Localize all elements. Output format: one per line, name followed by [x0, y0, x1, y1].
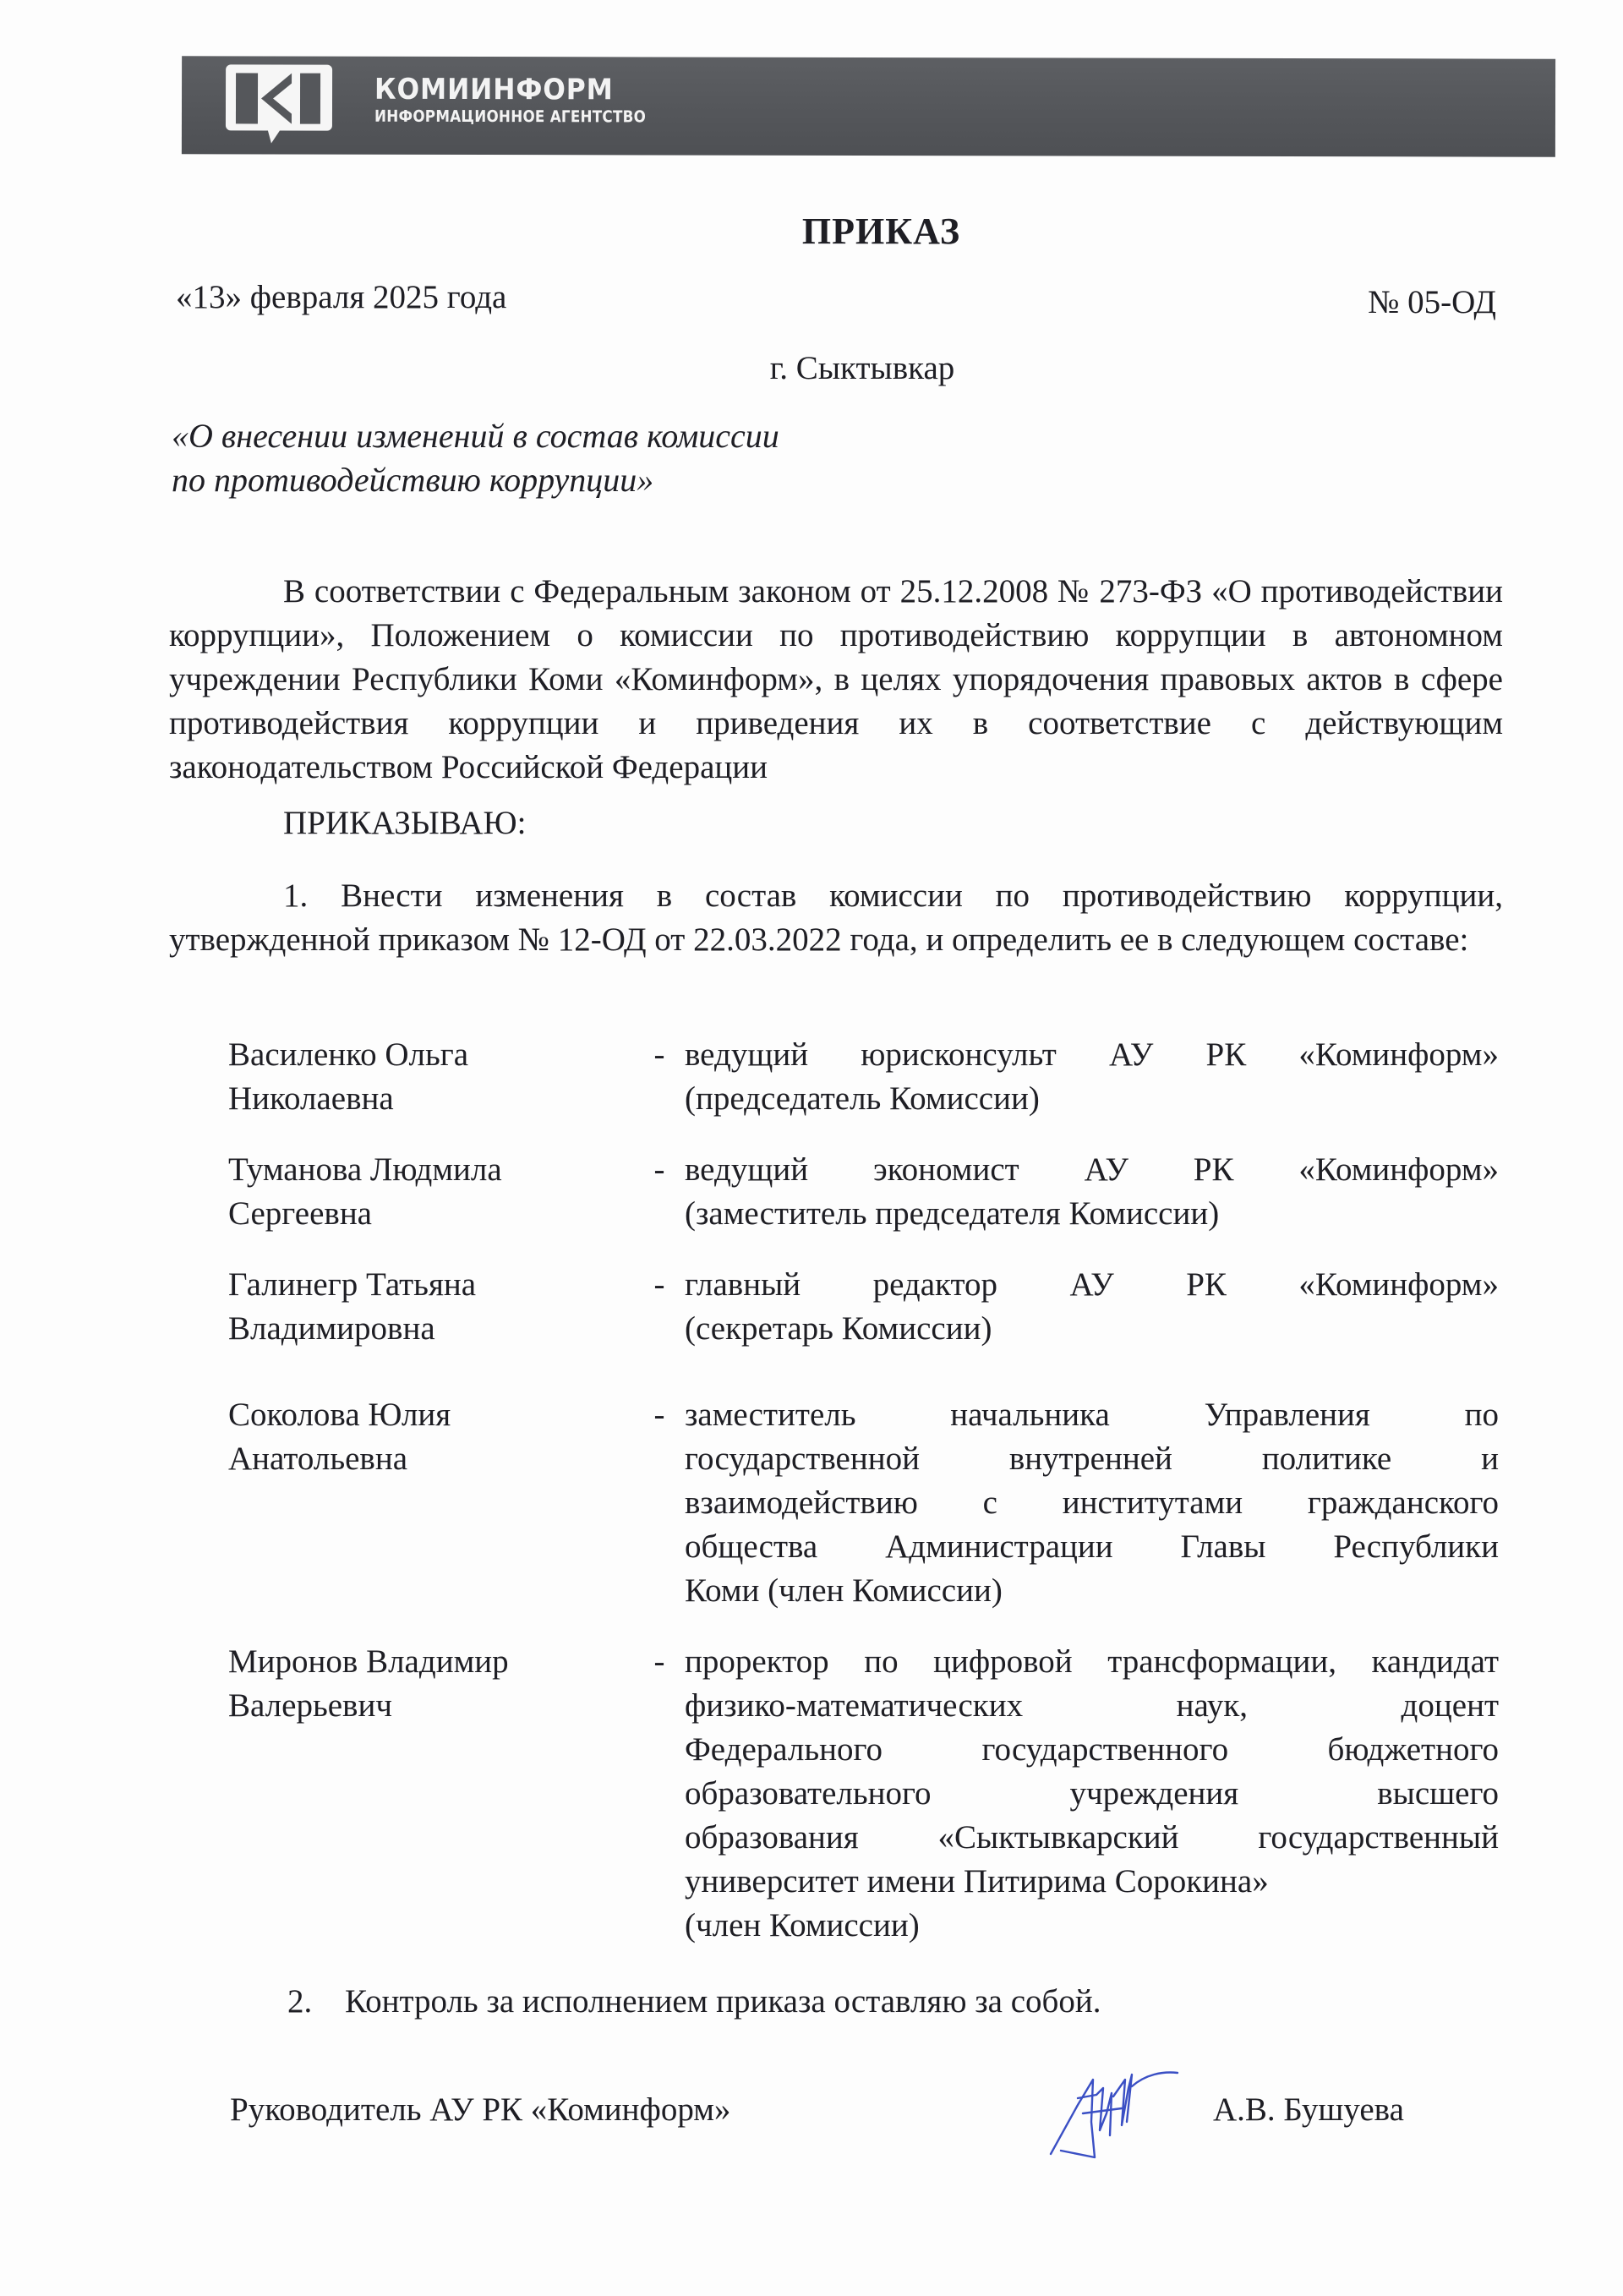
member-desc-line: (член Комиссии): [685, 1904, 1499, 1948]
org-name: КОМИИНФОРМ: [374, 74, 658, 107]
member-name-line: Сергеевна: [228, 1192, 634, 1236]
member-name-line: Соколова Юлия: [228, 1393, 634, 1437]
member-desc-line: взаимодействию с институтами гражданског…: [685, 1481, 1499, 1525]
item-2-number: 2.: [287, 1980, 345, 2024]
item-2-paragraph: 2.Контроль за исполнением приказа оставл…: [287, 1980, 1101, 2024]
member-dash: -: [634, 1148, 685, 1236]
document-title: ПРИКАЗ: [0, 210, 1623, 254]
item-1-text: 1. Внести изменения в состав комиссии по…: [169, 874, 1503, 962]
member-name-line: Галинегр Татьяна: [228, 1263, 634, 1307]
member-desc-line: ведущий юрисконсульт АУ РК «Коминформ»: [685, 1033, 1499, 1077]
document-page: КОМИИНФОРМ ИНФОРМАЦИОННОЕ АГЕНТСТВО ПРИК…: [0, 0, 1623, 2296]
member-description: главный редактор АУ РК «Коминформ» (секр…: [685, 1263, 1499, 1351]
order-word: ПРИКАЗЫВАЮ:: [283, 801, 526, 845]
member-row: Миронов Владимир Валерьевич - проректор …: [228, 1640, 1505, 1948]
handwritten-signature-icon: [1044, 2063, 1213, 2164]
member-name: Туманова Людмила Сергеевна: [228, 1148, 634, 1236]
document-date: «13» февраля 2025 года: [176, 276, 506, 320]
member-desc-line: общества Администрации Главы Республики: [685, 1525, 1499, 1569]
member-description: ведущий экономист АУ РК «Коминформ» (зам…: [685, 1148, 1499, 1236]
member-row: Василенко Ольга Николаевна - ведущий юри…: [228, 1033, 1505, 1121]
member-description: ведущий юрисконсульт АУ РК «Коминформ» (…: [685, 1033, 1499, 1121]
member-dash: -: [634, 1263, 685, 1351]
member-row: Соколова Юлия Анатольевна - заместитель …: [228, 1393, 1505, 1613]
org-subtitle: ИНФОРМАЦИОННОЕ АГЕНТСТВО: [374, 106, 646, 128]
member-desc-line: физико-математических наук, доцент: [685, 1684, 1499, 1728]
member-desc-line: заместитель начальника Управления по: [685, 1393, 1499, 1437]
member-description: проректор по цифровой трансформации, кан…: [685, 1640, 1499, 1948]
member-dash: -: [634, 1640, 685, 1948]
member-name-line: Василенко Ольга: [228, 1033, 634, 1077]
member-desc-line: проректор по цифровой трансформации, кан…: [685, 1640, 1499, 1684]
member-desc-line: образования «Сыктывкарский государственн…: [685, 1816, 1499, 1860]
member-desc-line: главный редактор АУ РК «Коминформ»: [685, 1263, 1499, 1307]
signatory-name: А.В. Бушуева: [1213, 2088, 1404, 2132]
document-city: г. Сыктывкар: [0, 347, 1623, 391]
member-desc-line: Федерального государственного бюджетного: [685, 1728, 1499, 1772]
member-desc-line: образовательного учреждения высшего: [685, 1772, 1499, 1816]
member-name-line: Туманова Людмила: [228, 1148, 634, 1192]
member-name-line: Владимировна: [228, 1307, 634, 1351]
member-desc-line: (председатель Комиссии): [685, 1077, 1499, 1121]
member-row: Туманова Людмила Сергеевна - ведущий эко…: [228, 1148, 1505, 1236]
member-description: заместитель начальника Управления по гос…: [685, 1393, 1499, 1613]
item-2-text: Контроль за исполнением приказа оставляю…: [345, 1983, 1101, 2020]
member-desc-line: ведущий экономист АУ РК «Коминформ»: [685, 1148, 1499, 1192]
subject-line: «О внесении изменений в состав комиссии: [172, 414, 932, 458]
member-row: Галинегр Татьяна Владимировна - главный …: [228, 1263, 1505, 1351]
member-desc-line: университет имени Питирима Сорокина»: [685, 1860, 1499, 1904]
member-dash: -: [634, 1033, 685, 1121]
preamble-paragraph: В соответствии с Федеральным законом от …: [169, 570, 1503, 790]
document-subject: «О внесении изменений в состав комиссии …: [172, 414, 932, 502]
subject-line: по противодействию коррупции»: [172, 458, 932, 502]
member-name: Соколова Юлия Анатольевна: [228, 1393, 634, 1613]
signatory-role: Руководитель АУ РК «Коминформ»: [230, 2088, 730, 2132]
logo-text: КОМИИНФОРМ ИНФОРМАЦИОННОЕ АГЕНТСТВО: [374, 74, 683, 128]
member-name: Василенко Ольга Николаевна: [228, 1033, 634, 1121]
header-banner: КОМИИНФОРМ ИНФОРМАЦИОННОЕ АГЕНТСТВО: [182, 56, 1555, 156]
document-number: № 05-ОД: [1368, 281, 1496, 325]
member-dash: -: [634, 1393, 685, 1613]
member-name: Галинегр Татьяна Владимировна: [228, 1263, 634, 1351]
member-name: Миронов Владимир Валерьевич: [228, 1640, 634, 1948]
member-name-line: Николаевна: [228, 1077, 634, 1121]
preamble-text: В соответствии с Федеральным законом от …: [169, 570, 1503, 790]
member-name-line: Валерьевич: [228, 1684, 634, 1728]
member-desc-line: (заместитель председателя Комиссии): [685, 1192, 1499, 1236]
member-desc-line: Коми (член Комиссии): [685, 1569, 1499, 1613]
kominform-logo-icon: [224, 59, 334, 144]
member-desc-line: государственной внутренней политике и: [685, 1437, 1499, 1481]
member-desc-line: (секретарь Комиссии): [685, 1307, 1499, 1351]
item-1-paragraph: 1. Внести изменения в состав комиссии по…: [169, 874, 1503, 962]
member-name-line: Анатольевна: [228, 1437, 634, 1481]
member-name-line: Миронов Владимир: [228, 1640, 634, 1684]
